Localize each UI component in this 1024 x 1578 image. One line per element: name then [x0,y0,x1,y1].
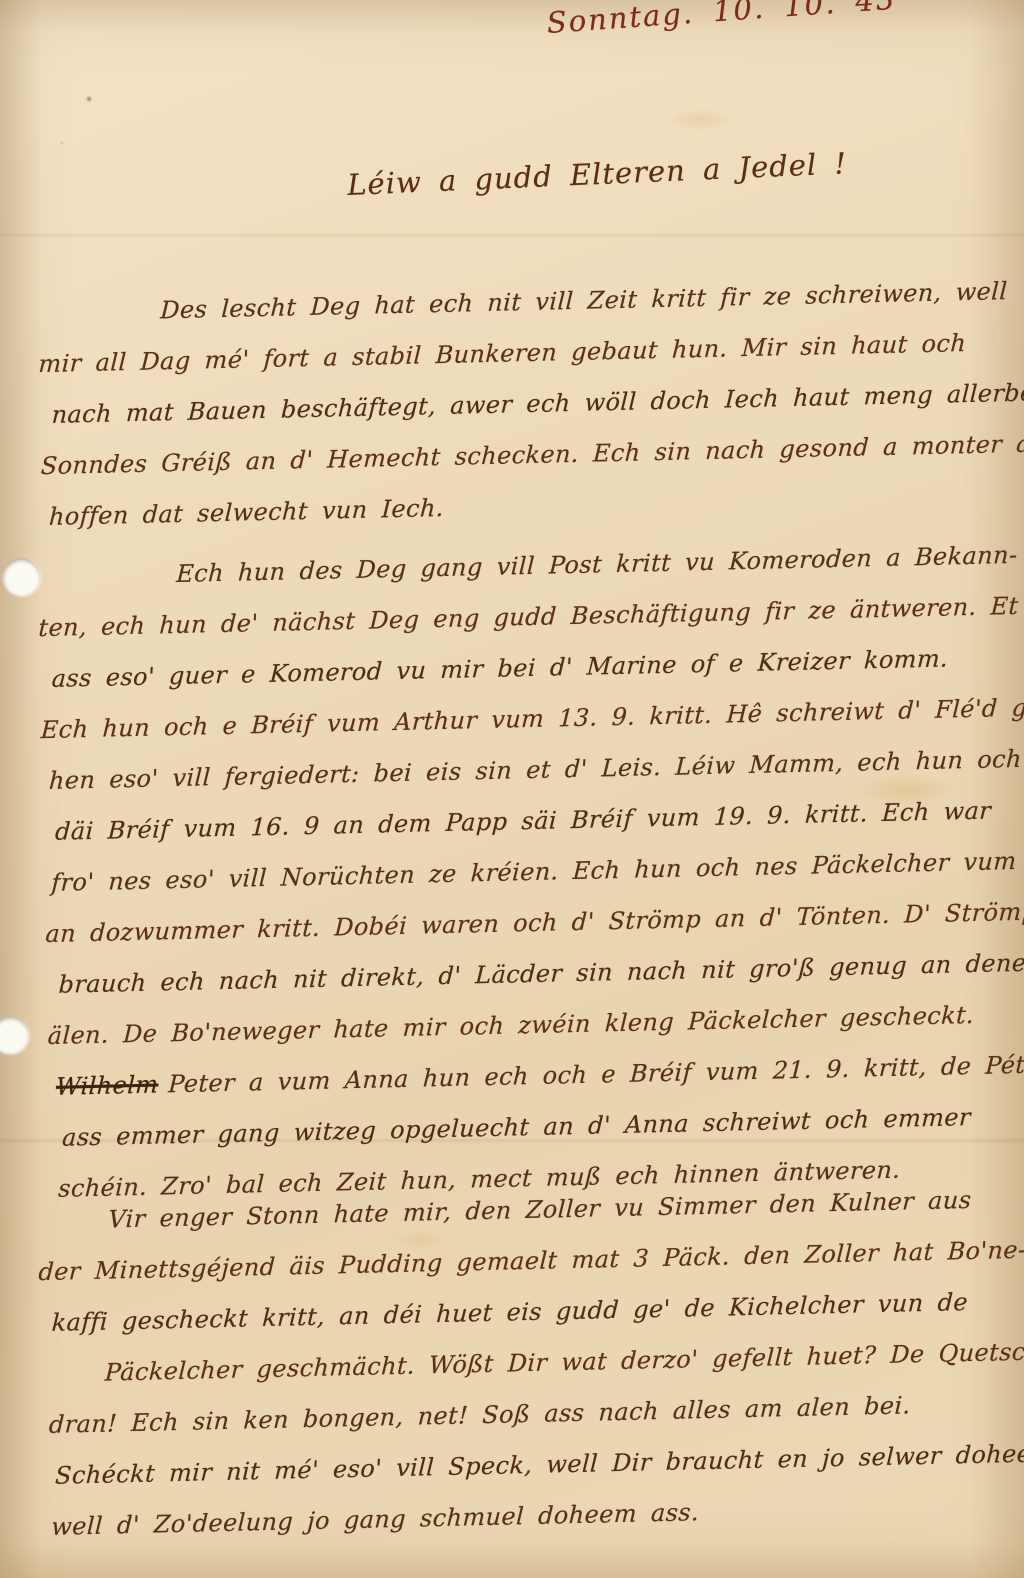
letter-salutation: Léiw a gudd Elteren a Jedel ! [347,146,848,202]
paragraph-2: Ech hun des Deg gang vill Post kritt vu … [42,528,1024,1215]
letter-line-text: Peter a vum Anna hun ech och e Bréif vum… [168,1050,1024,1098]
letter-date: Sonntag. 10. 10. 43 [546,0,898,40]
paragraph-1: Des lescht Deg hat ech nit vill Zeit kri… [42,264,1024,543]
punch-hole-top [2,558,40,596]
strikethrough-word: Wilhelm [55,1070,159,1100]
punch-hole-bottom [0,1016,29,1054]
paragraph-3: Vir enger Stonn hate mir, den Zoller vu … [42,1172,1024,1552]
letter-page: Sonntag. 10. 10. 43 Léiw a gudd Elteren … [0,0,1024,1578]
